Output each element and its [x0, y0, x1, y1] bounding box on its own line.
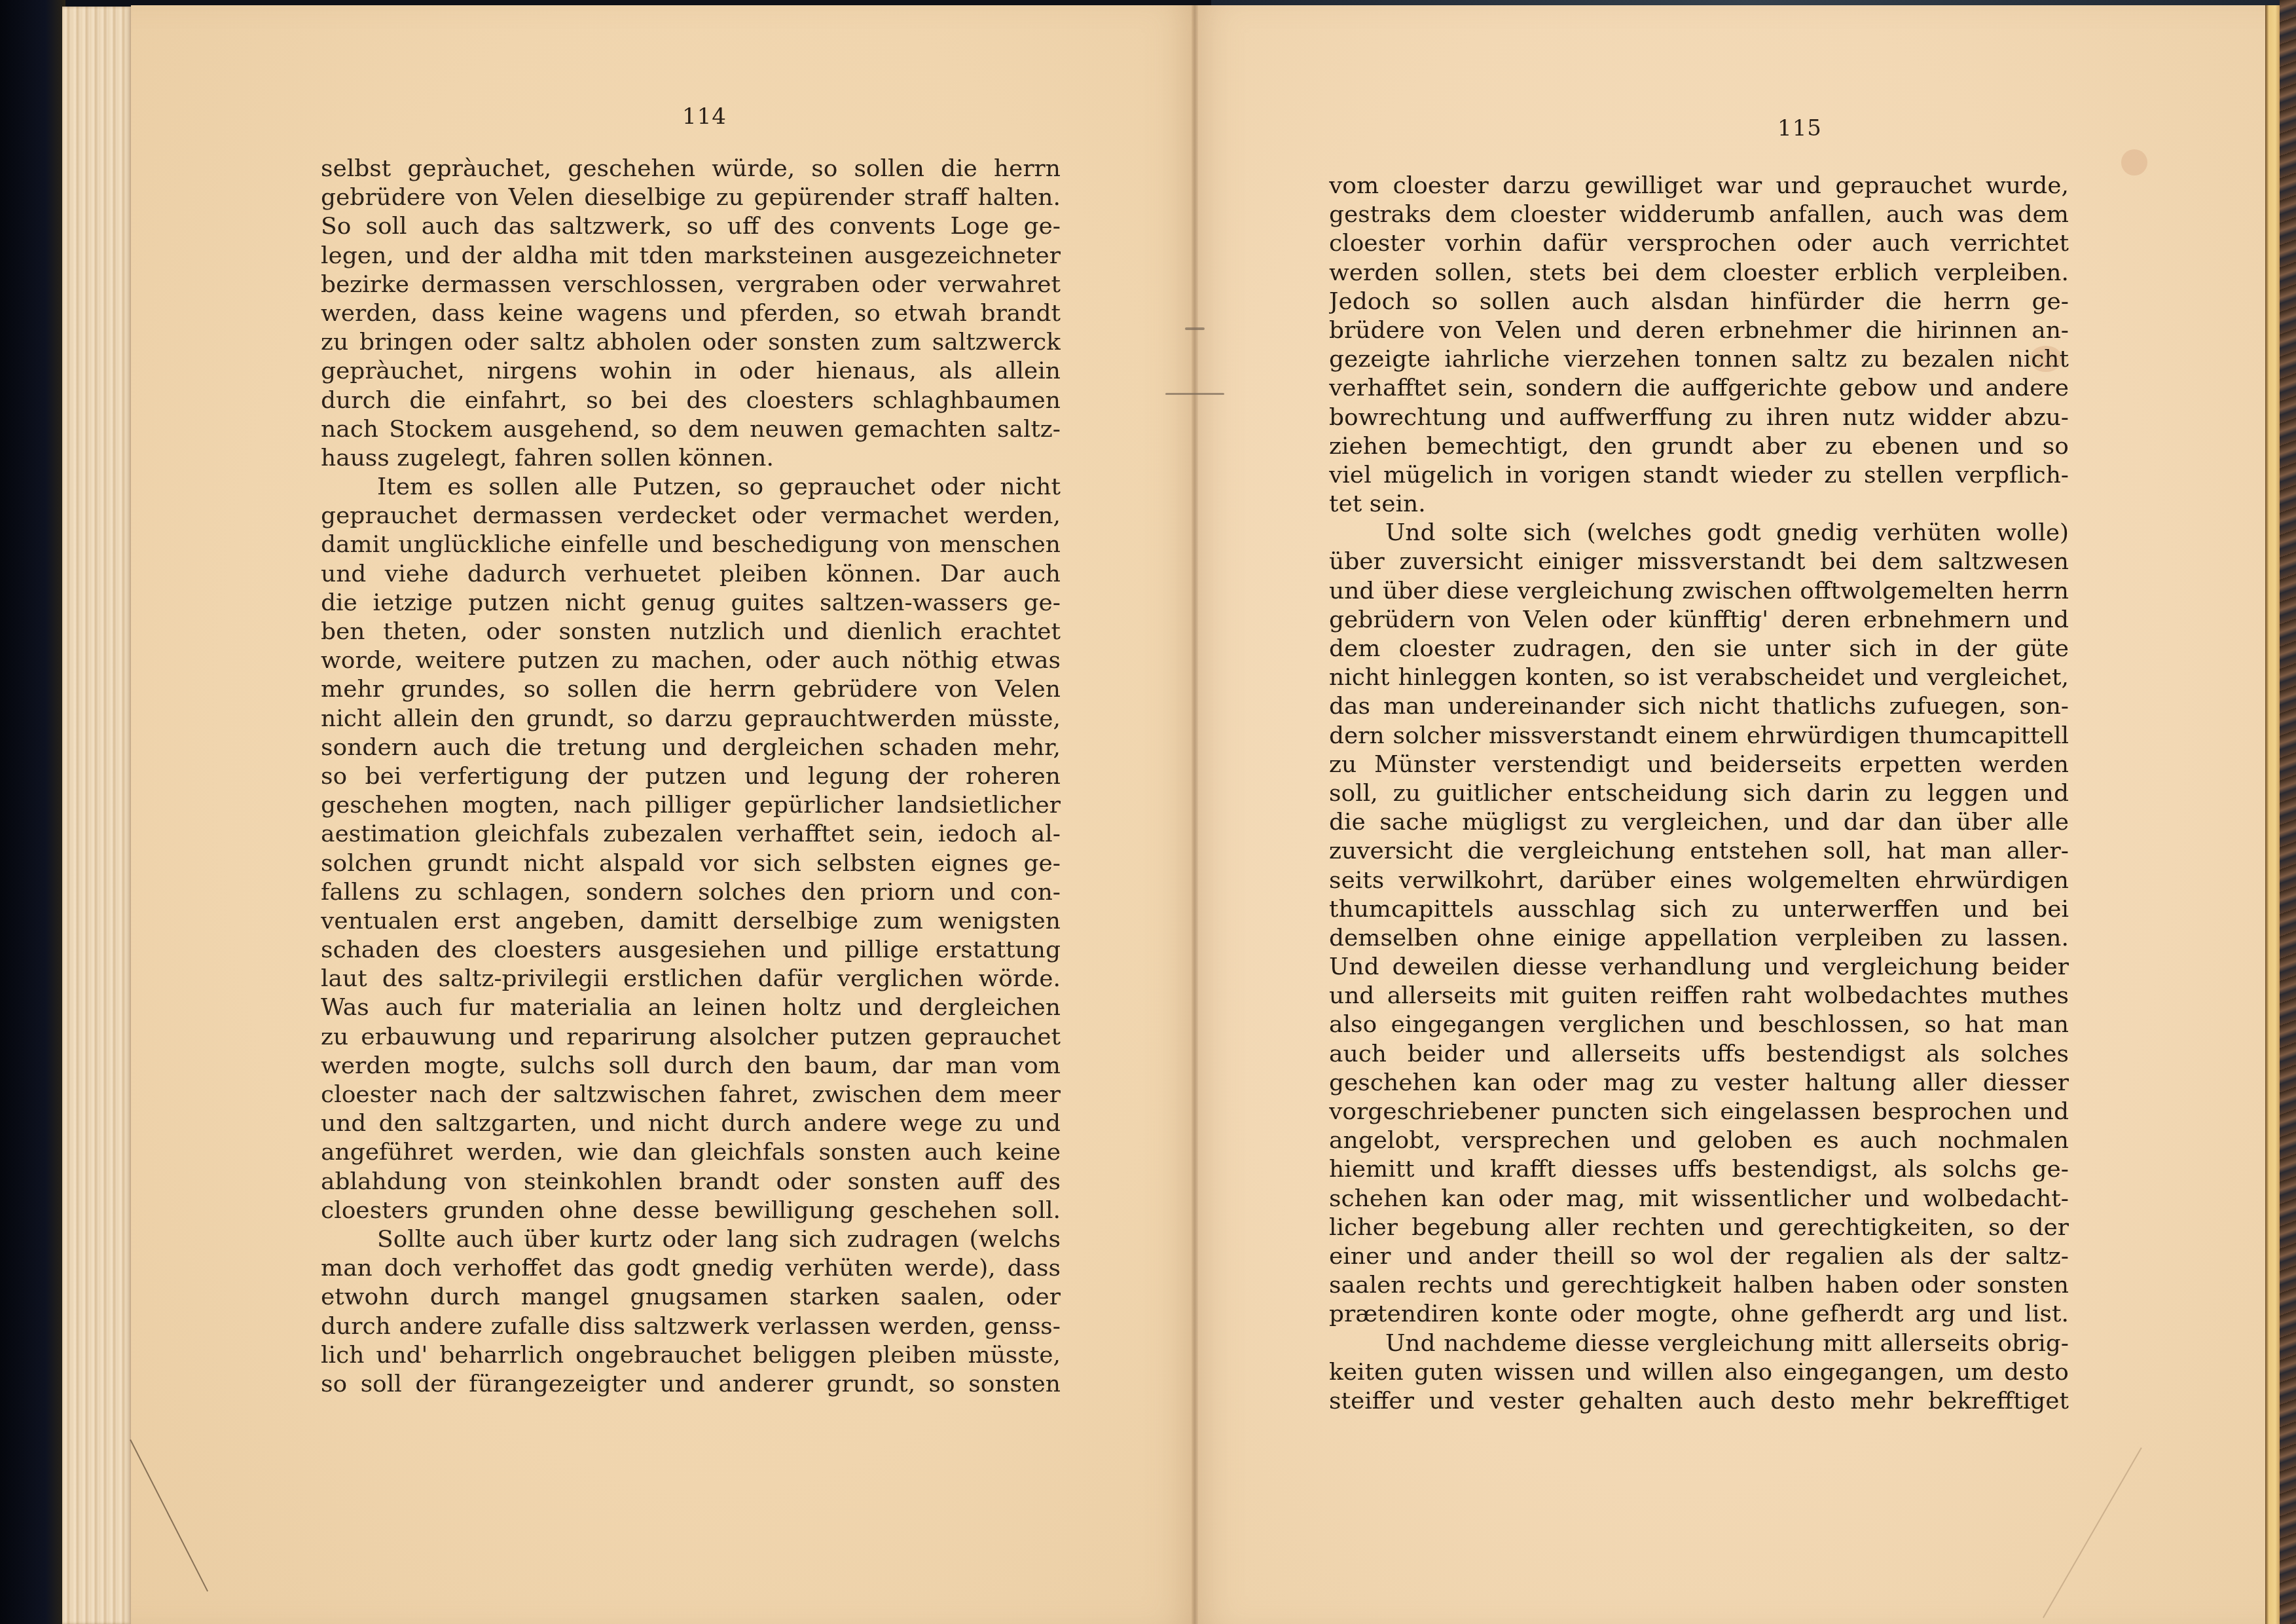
text-line: gezeigte iahrliche vierzehen tonnen salt… — [1329, 345, 2069, 374]
text-line: demselben ohne einige appellation verple… — [1329, 924, 2069, 953]
text-line: tet sein. — [1329, 490, 2069, 519]
text-line: laut des saltz-privilegii erstlichen daf… — [321, 965, 1061, 993]
text-line: zu erbauwung und reparirung alsolcher pu… — [321, 1023, 1061, 1052]
gutter-mark — [1185, 327, 1205, 330]
text-line: viel mügelich in vorigen standt wieder z… — [1329, 461, 2069, 490]
text-line: thumcapittels ausschlag sich zu unterwer… — [1329, 895, 2069, 924]
text-line: geprauchet dermassen verdecket oder verm… — [321, 502, 1061, 530]
text-line: nach Stockem ausgehend, so dem neuwen ge… — [321, 415, 1061, 444]
text-line: werden mogte, sulchs soll durch den baum… — [321, 1052, 1061, 1080]
text-line: so bei verfertigung der putzen und legun… — [321, 762, 1061, 791]
text-line: fallens zu schlagen, sondern solches den… — [321, 878, 1061, 907]
text-line: angeführet werden, wie dan gleichfals so… — [321, 1138, 1061, 1167]
text-line: keiten guten wissen und willen also eing… — [1329, 1358, 2069, 1387]
text-line: und viehe dadurch verhuetet pleiben könn… — [321, 560, 1061, 589]
text-line: geschehen mogten, nach pilliger gepürlic… — [321, 791, 1061, 820]
text-line: gebrüdere von Velen dieselbige zu gepüre… — [321, 183, 1061, 212]
text-line: lich und' beharrlich ongebrauchet beligg… — [321, 1341, 1061, 1370]
text-line: werden, dass keine wagens und pferden, s… — [321, 299, 1061, 328]
book-cover-left — [0, 0, 65, 1624]
text-line: prætendiren konte oder mogte, ohne gefhe… — [1329, 1300, 2069, 1329]
text-line: steiffer und vester gehalten auch desto … — [1329, 1387, 2069, 1416]
text-line: werden sollen, stets bei dem cloester er… — [1329, 259, 2069, 287]
text-line: zuversicht die vergleichung entstehen so… — [1329, 837, 2069, 866]
text-line: Was auch fur materialia an leinen holtz … — [321, 993, 1061, 1022]
text-line: vorgeschriebener puncten sich eingelasse… — [1329, 1098, 2069, 1126]
page-number-right: 115 — [1777, 115, 1822, 141]
right-page-text: vom cloester darzu gewilliget war und ge… — [1329, 172, 2069, 1416]
text-line: durch andere zufalle diss saltzwerk verl… — [321, 1312, 1061, 1341]
text-line: So soll auch das saltzwerk, so uff des c… — [321, 212, 1061, 241]
paper-stain — [2121, 149, 2147, 175]
text-line: brüdere von Velen und deren erbnehmer di… — [1329, 316, 2069, 345]
page-number-left: 114 — [682, 103, 727, 130]
text-line: ventualen erst angeben, damitt derselbig… — [321, 907, 1061, 936]
text-line: nicht hinleggen konten, so ist verabsche… — [1329, 663, 2069, 692]
text-line: die ietzige putzen nicht genug guites sa… — [321, 589, 1061, 618]
text-line: ben theten, oder sonsten nutzlich und di… — [321, 618, 1061, 646]
text-line: zu bringen oder saltz abholen oder sonst… — [321, 328, 1061, 357]
text-line: und über diese vergleichung zwischen off… — [1329, 577, 2069, 606]
text-line: soll, zu guitlicher entscheidung sich da… — [1329, 779, 2069, 808]
text-line: gepràuchet, nirgens wohin in oder hienau… — [321, 357, 1061, 386]
page-fold-crease — [130, 1439, 208, 1592]
text-line: ablahdung von steinkohlen brandt oder so… — [321, 1168, 1061, 1196]
text-line: angelobt, versprechen und geloben es auc… — [1329, 1126, 2069, 1155]
text-line: schaden des cloesters ausgesiehen und pi… — [321, 936, 1061, 965]
text-line: geschehen kan oder mag zu vester haltung… — [1329, 1069, 2069, 1098]
book-spread: 114 115 selbst gepràuchet, geschehen wür… — [131, 5, 2269, 1624]
book-gutter — [1192, 5, 1198, 1624]
text-line: Und nachdeme diesse vergleichung mitt al… — [1329, 1329, 2069, 1358]
text-line: Und deweilen diesse verhandlung und verg… — [1329, 953, 2069, 982]
page-edges-left — [62, 7, 131, 1624]
text-line: selbst gepràuchet, geschehen würde, so s… — [321, 155, 1061, 183]
text-line: so soll der fürangezeigter und anderer g… — [321, 1370, 1061, 1399]
text-line: Item es sollen alle Putzen, so geprauche… — [321, 473, 1061, 502]
text-line: mehr grundes, so sollen die herrn gebrüd… — [321, 675, 1061, 704]
text-line: über zuversicht einiger missverstandt be… — [1329, 547, 2069, 576]
text-line: Sollte auch über kurtz oder lang sich zu… — [321, 1225, 1061, 1254]
text-line: gestraks dem cloester widderumb anfallen… — [1329, 200, 2069, 229]
text-line: saalen rechts und gerechtigkeit halben h… — [1329, 1271, 2069, 1300]
text-line: Und solte sich (welches godt gnedig verh… — [1329, 519, 2069, 547]
text-line: hauss zugelegt, fahren sollen können. — [321, 444, 1061, 473]
text-line: also eingegangen verglichen und beschlos… — [1329, 1010, 2069, 1039]
text-line: cloester nach der saltzwischen fahret, z… — [321, 1080, 1061, 1109]
text-line: nicht allein den grundt, so darzu geprau… — [321, 705, 1061, 733]
text-line: Jedoch so sollen auch alsdan hinfürder d… — [1329, 287, 2069, 316]
book-cover-right-marbled — [2280, 0, 2296, 1624]
text-line: verhafftet sein, sondern die auffgericht… — [1329, 374, 2069, 403]
text-line: bezirke dermassen verschlossen, vergrabe… — [321, 270, 1061, 299]
text-line: etwohn durch mangel gnugsamen starken sa… — [321, 1283, 1061, 1312]
text-line: vom cloester darzu gewilliget war und ge… — [1329, 172, 2069, 200]
text-line: worde, weitere putzen zu machen, oder au… — [321, 646, 1061, 675]
text-line: licher begebung aller rechten und gerech… — [1329, 1213, 2069, 1242]
text-line: damit unglückliche einfelle und beschedi… — [321, 530, 1061, 559]
text-line: ziehen bemechtigt, den grundt aber zu eb… — [1329, 432, 2069, 461]
page-edges-right — [2265, 5, 2280, 1624]
text-line: gebrüdern von Velen oder künfftig' deren… — [1329, 606, 2069, 635]
text-line: dem cloester zudragen, den sie unter sic… — [1329, 635, 2069, 663]
text-line: und allerseits mit guiten reiffen raht w… — [1329, 982, 2069, 1010]
text-line: zu Münster verstendigt und beiderseits e… — [1329, 750, 2069, 779]
text-line: die sache mügligst zu vergleichen, und d… — [1329, 808, 2069, 837]
text-line: schehen kan oder mag, mit wissentlicher … — [1329, 1185, 2069, 1213]
text-line: cloester vorhin dafür versprochen oder a… — [1329, 229, 2069, 258]
text-line: sondern auch die tretung und dergleichen… — [321, 733, 1061, 762]
text-line: legen, und der aldha mit tden marksteine… — [321, 242, 1061, 270]
text-line: einer und ander theill so wol der regali… — [1329, 1242, 2069, 1271]
text-line: hiemitt und krafft diesses uffs bestendi… — [1329, 1155, 2069, 1184]
text-line: bowrechtung und auffwerffung zu ihren nu… — [1329, 403, 2069, 432]
text-line: durch die einfahrt, so bei des cloesters… — [321, 386, 1061, 415]
text-line: solchen grundt nicht alspald vor sich se… — [321, 849, 1061, 878]
text-line: seits verwilkohrt, darüber eines wolgeme… — [1329, 866, 2069, 895]
text-line: cloesters grunden ohne desse bewilligung… — [321, 1196, 1061, 1225]
text-line: man doch verhoffet das godt gnedig verhü… — [321, 1254, 1061, 1283]
text-line: und den saltzgarten, und nicht durch and… — [321, 1109, 1061, 1138]
text-line: das man undereinander sich nicht thatlic… — [1329, 692, 2069, 721]
text-line: dern solcher missverstandt einem ehrwürd… — [1329, 722, 2069, 750]
left-page-text: selbst gepràuchet, geschehen würde, so s… — [321, 155, 1061, 1399]
gutter-mark — [1165, 393, 1224, 395]
text-line: auch beider und allerseits uffs bestendi… — [1329, 1040, 2069, 1069]
text-line: aestimation gleichfals zubezalen verhaff… — [321, 820, 1061, 849]
